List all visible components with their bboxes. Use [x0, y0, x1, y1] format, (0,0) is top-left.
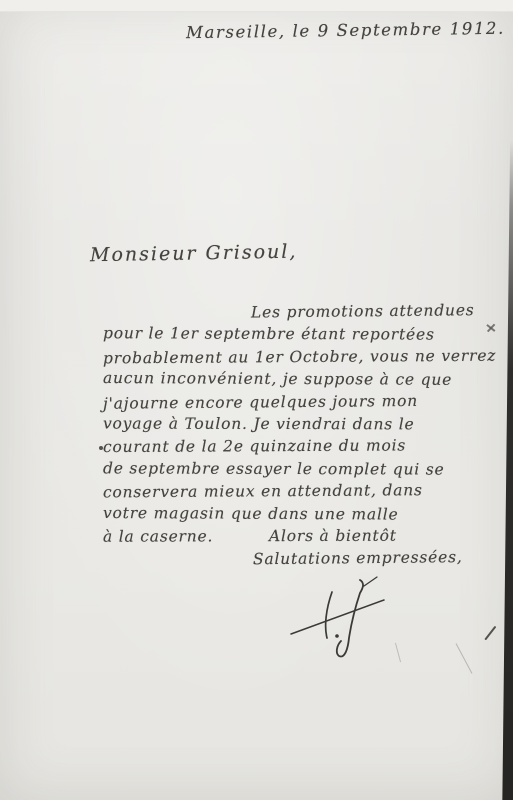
body-line: votre magasin que dans une malle — [103, 502, 495, 526]
paper-scratch — [395, 643, 401, 663]
body-line: pour le 1er septembre étant reportées — [103, 323, 495, 347]
body-line: aucun inconvénient, je suppose à ce que — [103, 367, 495, 391]
body-line-caserne: à la caserne. Alors à bientôt — [103, 524, 495, 548]
letter-paper: Marseille, le 9 Septembre 1912. Monsieur… — [0, 0, 513, 800]
salutation: Monsieur Grisoul, — [90, 240, 350, 267]
body-line: j'ajourne encore quelques jours mon — [103, 389, 495, 415]
body-line: conservera mieux en attendant, dans — [103, 479, 495, 504]
caserne-text: à la caserne. — [103, 527, 213, 545]
closing: Salutations empressées, — [253, 546, 495, 571]
signature-scribble — [280, 575, 392, 663]
paper-scratch — [456, 643, 473, 673]
body-line: voyage à Toulon. Je viendrai dans le — [103, 413, 495, 436]
body-line: de septembre essayer le complet qui se — [103, 457, 495, 481]
signature: H. J. — [280, 575, 392, 663]
ink-mark-diagonal — [484, 626, 496, 641]
letter-body: Les promotions attendues pour le 1er sep… — [103, 301, 495, 570]
body-line: probablement au 1er Octobre, vous ne ver… — [103, 344, 495, 369]
ink-speck — [99, 446, 103, 450]
scan-dark-edge — [500, 140, 513, 800]
body-line: courant de la 2e quinzaine du mois — [103, 434, 495, 458]
alors-a-bientot-text: Alors à bientôt — [269, 527, 397, 545]
dateline: Marseille, le 9 Septembre 1912. — [186, 19, 496, 42]
paper-top-edge — [0, 0, 513, 12]
